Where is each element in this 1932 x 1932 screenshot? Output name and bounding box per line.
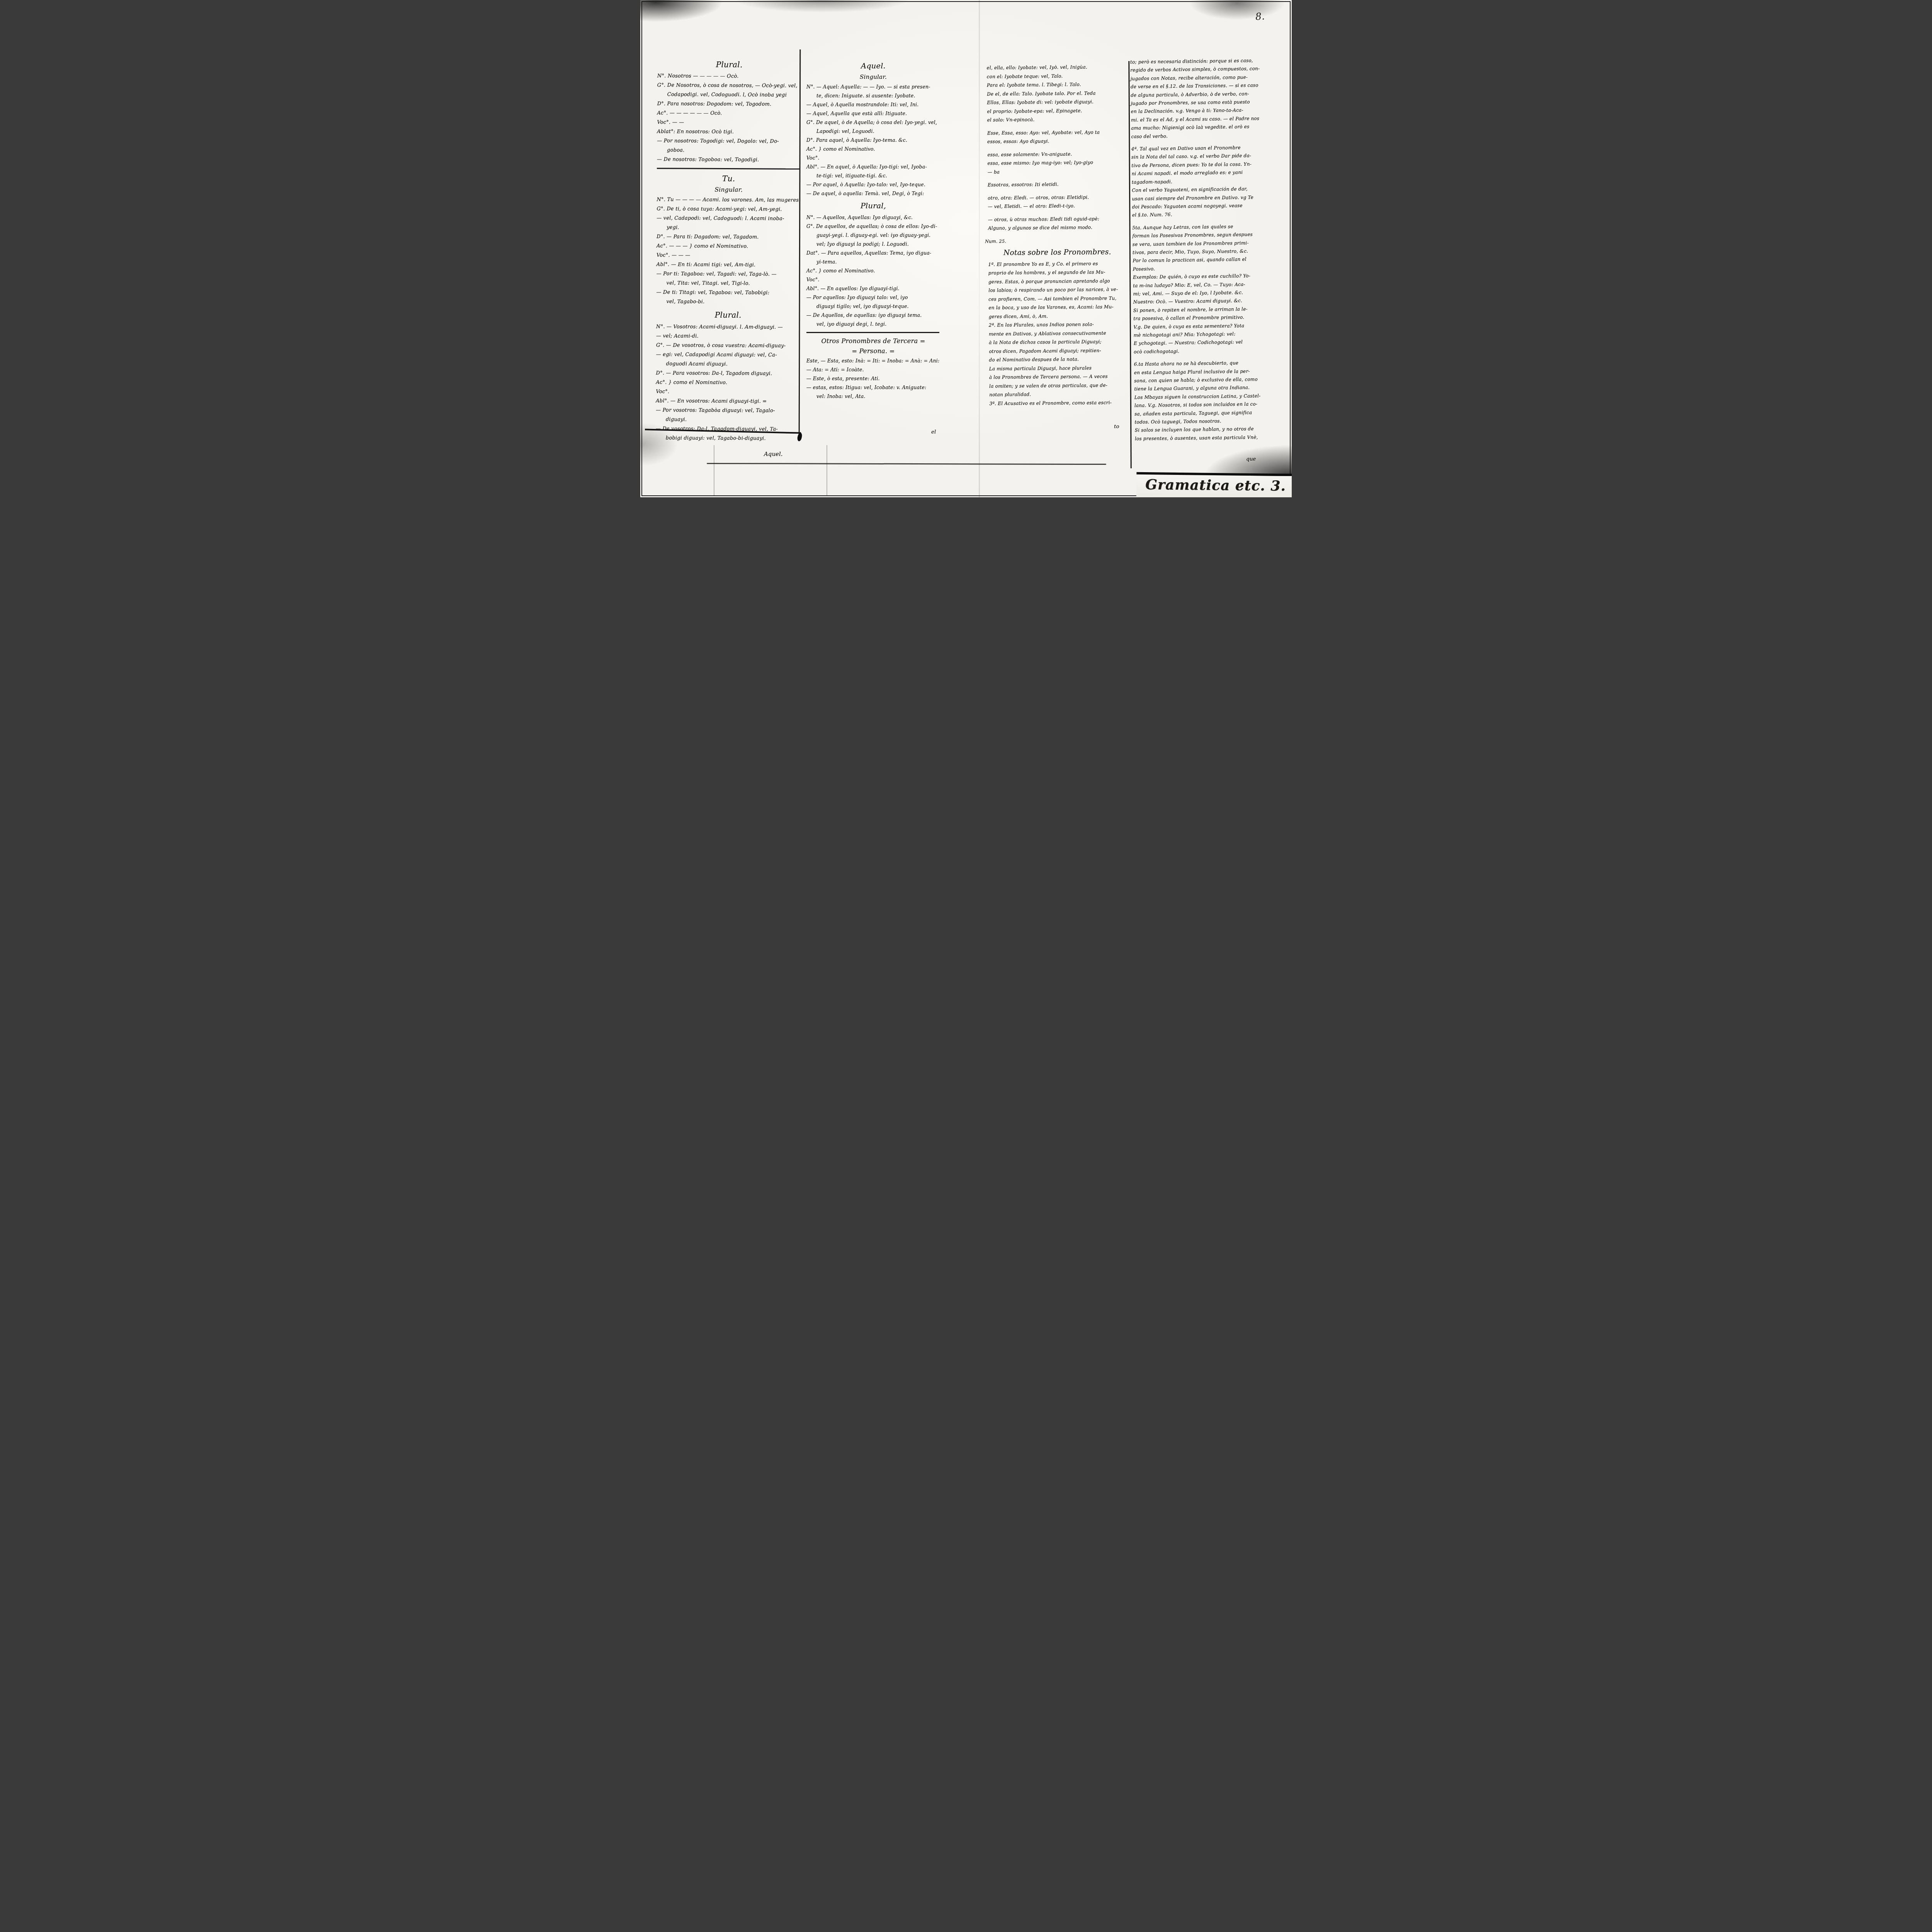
manuscript-line: Ac°. — — — } como el Nominativo. bbox=[656, 241, 800, 252]
manuscript-line: De el, de ella: Talo. Iyobate talo. Por … bbox=[987, 88, 1125, 98]
column-aquel: Aquel.Singular.N°. — Aquel: Aquella: — —… bbox=[806, 58, 940, 401]
manuscript-line: Essotras, essotros: Iti eletidi. bbox=[988, 180, 1126, 189]
section-heading: Notas sobre los Pronombres. bbox=[988, 247, 1126, 259]
column-notas-continuacion: to; però es necesaria distinción: porque… bbox=[1130, 56, 1287, 443]
manuscript-line: — vel; Acami-di. bbox=[656, 332, 800, 342]
manuscript-line: Abl°. — En vosotros: Acami diguayi-tigi.… bbox=[656, 396, 799, 406]
manuscript-line: 2ª. En los Plurales, unos Indios ponen s… bbox=[989, 320, 1127, 330]
catchword-column1: Aquel. bbox=[764, 451, 783, 457]
manuscript-line: Dat°. — Para aquellos, Aquellas: Tema, i… bbox=[806, 248, 940, 257]
manuscript-line: Voc°. bbox=[656, 387, 799, 397]
manuscript-line: vel, iyo diguayi degi, l. tegi. bbox=[806, 320, 940, 328]
manuscript-line: Abl°. — En ti: Acami tigi: vel, Am-tigi. bbox=[656, 260, 800, 270]
manuscript-line: vel, Tita: vel, Titagi. vel, Tigi-lo. bbox=[656, 279, 800, 289]
manuscript-line: G°. De aquellos, de aquellas; ò cosa de … bbox=[806, 222, 940, 231]
manuscript-line: Ac°. } como el Nominativo. bbox=[806, 145, 940, 153]
manuscript-line: — vel, Cadapodi: vel, Cadoguodi: l. Acam… bbox=[656, 214, 800, 224]
manuscript-line: essos, essas: Ayo diguayi. bbox=[987, 136, 1126, 146]
manuscript-line: Alguno, y algunos se dice del mismo modo… bbox=[988, 223, 1126, 233]
manuscript-line: guayi-yegi. l. diguay-egi. vel: iyo digu… bbox=[806, 231, 940, 240]
manuscript-line: N°. Tu — — — — Acami. los varones. Am, l… bbox=[657, 195, 801, 205]
manuscript-line: bobigi diguayi: vel, Tagabo-bi-diguayi. bbox=[656, 434, 799, 444]
manuscript-line: essa, esse solamente: Vn-aniguate. bbox=[987, 149, 1126, 159]
manuscript-line: Para el: Iyobate tema. l. Tibegi: l. Tal… bbox=[987, 80, 1125, 90]
manuscript-line: — vel, Eletidi. — el otro: Eledi-t-iyo. bbox=[988, 201, 1126, 211]
manuscript-line: vel, Tagabo-bi. bbox=[656, 297, 800, 307]
manuscript-line: — Aquel, ò Aquella mostrandole: Iti: vel… bbox=[806, 100, 940, 109]
manuscript-line: D°. Para aquel, ò Aquella: Iyo-tema. &c. bbox=[806, 136, 940, 145]
manuscript-line: Este, — Esta, esto: Inà: = Iti: = Inoba:… bbox=[806, 356, 940, 365]
section-heading: Plural. bbox=[657, 58, 801, 71]
manuscript-line: te, dicen: Iniguate. si ausente: Iyobate… bbox=[806, 91, 940, 100]
manuscript-line: vel; Iyo diguayi la podigi; l. Loguodi. bbox=[806, 240, 940, 248]
manuscript-line: G°. De Nosotros, ò cosa de nosotros, — O… bbox=[657, 81, 801, 91]
manuscript-line: con el: Iyobate teque: vel, Talo. bbox=[987, 71, 1125, 81]
manuscript-line: — Por aquellos: Iyo diguayi talo: vel, i… bbox=[806, 293, 940, 302]
manuscript-line: — Por nosotros: Togodigi: vel, Dogolo: v… bbox=[657, 136, 801, 146]
section-heading: Plural, bbox=[806, 200, 940, 211]
manuscript-line: — otros, ù otras muchos: Eledi tidi ogui… bbox=[988, 214, 1126, 224]
manuscript-line: otro, otra: Eledi. — otros, otras: Eleti… bbox=[988, 192, 1126, 202]
manuscript-line: diguayi. bbox=[656, 415, 799, 425]
manuscript-line: à la Nota de dichos casos la particula D… bbox=[989, 337, 1127, 347]
manuscript-line: — Ata: = Ati: = Icoàte. bbox=[806, 365, 940, 374]
manuscript-line: — Por vosotros: Tagabòa diguayi: vel, Ta… bbox=[656, 406, 799, 416]
section-subheading: Singular. bbox=[657, 186, 801, 195]
manuscript-line: — De ti: Titagi: vel, Tagaboa: vel, Tabo… bbox=[656, 288, 800, 298]
manuscript-line: G°. De aquel, ò de Aquella; ò cosa del: … bbox=[806, 118, 940, 127]
manuscript-line: los presentes, ò ausentes, usan esta par… bbox=[1135, 433, 1287, 443]
archive-label-band: Gramatica etc. 3. bbox=[1136, 472, 1292, 497]
section-heading: Tu. bbox=[657, 172, 801, 185]
manuscript-line: — De Aquellos, de aquellas: iyo diguayi … bbox=[806, 311, 940, 320]
margin-note: Num. 25. bbox=[985, 236, 1126, 245]
manuscript-line: Abl°. — En aquellos: Iyo diguayi-tigi. bbox=[806, 284, 940, 293]
manuscript-line: — Aquel, Aquella que està allì: Itiguate… bbox=[806, 109, 940, 118]
manuscript-line: do el Nominativo despues de la nota. bbox=[989, 355, 1127, 364]
manuscript-line: — ba bbox=[988, 167, 1126, 176]
manuscript-line: N°. — Vosotros: Acami-diguayi. l. Am-dig… bbox=[656, 322, 800, 332]
section-heading: = Persona. = bbox=[806, 347, 940, 356]
manuscript-line: yi-tema. bbox=[806, 257, 940, 266]
manuscript-line: el proprio: Iyobate-epa: vel, Epinagete. bbox=[987, 106, 1125, 116]
manuscript-line: proprio de los hombres, y el segundo de … bbox=[988, 268, 1127, 277]
manuscript-line: — Por aquel, ò Aquella: Iyo-talo: vel, I… bbox=[806, 180, 940, 189]
manuscript-line: diguayi tigilo; vel, iyo diguayi-teque. bbox=[806, 302, 940, 311]
horizontal-rule bbox=[806, 332, 939, 333]
column-el-notas: el, ella, ello: Iyobate: vel, Iyò. vel, … bbox=[987, 63, 1128, 408]
manuscript-line: Voc°. — — bbox=[657, 118, 801, 128]
manuscript-line: te-tigi: vel, itiguate-tigi. &c. bbox=[806, 171, 940, 180]
manuscript-line: Ablat°: En nosotros: Ocò tigi. bbox=[657, 127, 801, 137]
manuscript-line: N°. Nosotros — — — — — Ocò. bbox=[657, 71, 801, 82]
manuscript-line: 1ª. El pronombre Yo es E, y Co. el prime… bbox=[988, 259, 1127, 269]
manuscript-line: en la boca, y uso de los Varones, es, Ac… bbox=[988, 303, 1127, 312]
manuscript-line: — De aquel, ò aquella: Temà. vel, Degi, … bbox=[806, 189, 940, 198]
archive-label: Gramatica etc. 3. bbox=[1136, 476, 1292, 494]
manuscript-line: 3ª. El Acusativo es el Pronombre, como e… bbox=[989, 398, 1128, 408]
manuscript-line: ces profieren, Com. — Asi tambien el Pro… bbox=[988, 294, 1127, 303]
manuscript-line: Abl°. — En aquel, ò Aquella: Iyo-tigi: v… bbox=[806, 162, 940, 171]
section-heading: Plural. bbox=[656, 309, 800, 321]
page-number: 8. bbox=[1255, 10, 1265, 22]
manuscript-scan: 8. Plural.N°. Nosotros — — — — — Ocò.G°.… bbox=[640, 0, 1292, 497]
manuscript-line: Esse, Essa, esso: Ayo: vel, Ayobate: vel… bbox=[987, 128, 1126, 137]
manuscript-line: Lapodigi: vel, Loguodi. bbox=[806, 127, 940, 136]
section-heading: Aquel. bbox=[806, 60, 940, 71]
manuscript-line: la omiten; y se valen de otras particula… bbox=[989, 381, 1128, 390]
manuscript-line: — Por ti: Tagaboa: vel, Tagadi: vel, Tag… bbox=[656, 269, 800, 279]
manuscript-line: D°. — Para vosotros: Da-l, Tagadom digua… bbox=[656, 369, 800, 379]
column-plural-nosotros-tu: Plural.N°. Nosotros — — — — — Ocò.G°. De… bbox=[656, 56, 801, 443]
manuscript-line: D°. Para nosotros: Dogodom: vel, Togodom… bbox=[657, 99, 801, 109]
manuscript-line: Ac°. } como el Nominativo. bbox=[656, 378, 799, 388]
bottom-crease-mid bbox=[827, 445, 827, 496]
catchword-column4: que bbox=[1246, 456, 1256, 462]
manuscript-line: Ac°. } como el Nominativo. bbox=[806, 266, 940, 275]
manuscript-line: à los Pronombres de Tercera persona. — A… bbox=[989, 372, 1128, 382]
manuscript-line: geres. Estas, ò porque pronuncian apreta… bbox=[988, 276, 1127, 286]
catchword-column3: to bbox=[1114, 423, 1119, 430]
manuscript-line: Ac°. — — — — — — Ocò. bbox=[657, 109, 801, 119]
manuscript-line: geres dicen, Ami, ò, Am. bbox=[989, 311, 1127, 321]
manuscript-line: Voc°. — — — bbox=[656, 251, 800, 261]
manuscript-line: — Este, ò esta, presente: Ati. bbox=[806, 374, 940, 383]
manuscript-line: D°. — Para ti: Dagadom: vel, Tagadom. bbox=[656, 232, 800, 242]
horizontal-rule bbox=[657, 168, 800, 170]
manuscript-line: vel: Inoba: vel, Ata. bbox=[806, 392, 940, 401]
manuscript-line: essa, esse mismo: Iyo mag-iyo: vel; Iyo-… bbox=[987, 158, 1126, 168]
manuscript-line: otros dicen, Pagadom Acami diguayi; repi… bbox=[989, 346, 1127, 355]
manuscript-line: La misma particula Diguayi, hace plurale… bbox=[989, 363, 1128, 373]
manuscript-line: notan pluralidad. bbox=[989, 389, 1128, 399]
manuscript-line: Voc°. bbox=[806, 153, 940, 162]
catchword-column2: el bbox=[931, 429, 936, 435]
manuscript-line: el, ella, ello: Iyobate: vel, Iyò. vel, … bbox=[987, 63, 1125, 72]
manuscript-line: mente en Dativos, y Ablativos consecutiv… bbox=[989, 328, 1127, 338]
section-subheading: Singular. bbox=[806, 73, 940, 81]
manuscript-line: los labios; ò respirando un poco por las… bbox=[988, 285, 1127, 295]
manuscript-line: G°. — De vosotros, ò cosa vuestra: Acami… bbox=[656, 341, 800, 351]
manuscript-line: — egi: vel, Cadapodigi Acami diguayi: ve… bbox=[656, 350, 800, 360]
paper-bottom-crease bbox=[707, 463, 1106, 465]
manuscript-line: Codapodigi. vel, Codoguodi. l, Ocò inoba… bbox=[657, 90, 801, 100]
manuscript-line: yegi. bbox=[656, 223, 800, 233]
center-fold-crease bbox=[979, 0, 980, 497]
manuscript-line: doguodi Acami diguayi. bbox=[656, 359, 800, 369]
manuscript-line: el solo: Vn-epinocà. bbox=[987, 115, 1126, 124]
manuscript-line: N°. — Aquel: Aquella: — — Iyo. — si esta… bbox=[806, 82, 940, 91]
manuscript-line: Voc°. bbox=[806, 275, 940, 284]
manuscript-line: — De nosotros: Togoboa: vel, Togodigi. bbox=[657, 155, 801, 165]
manuscript-line: goboa. bbox=[657, 146, 801, 156]
bottom-crease-left bbox=[714, 445, 714, 496]
manuscript-line: Ellos, Ellas: Iyobate di: vel: iyobate d… bbox=[987, 97, 1125, 107]
section-heading: Otros Pronombres de Tercera = bbox=[806, 337, 940, 346]
manuscript-line: N°. — Aquellos, Aquellas: Iyo diguayi, &… bbox=[806, 213, 940, 222]
manuscript-line: — estas, estos: Itigua: vel, Icobate: v.… bbox=[806, 383, 940, 392]
manuscript-line: G°. De ti, ò cosa tuya: Acami-yegi: vel,… bbox=[656, 204, 800, 214]
